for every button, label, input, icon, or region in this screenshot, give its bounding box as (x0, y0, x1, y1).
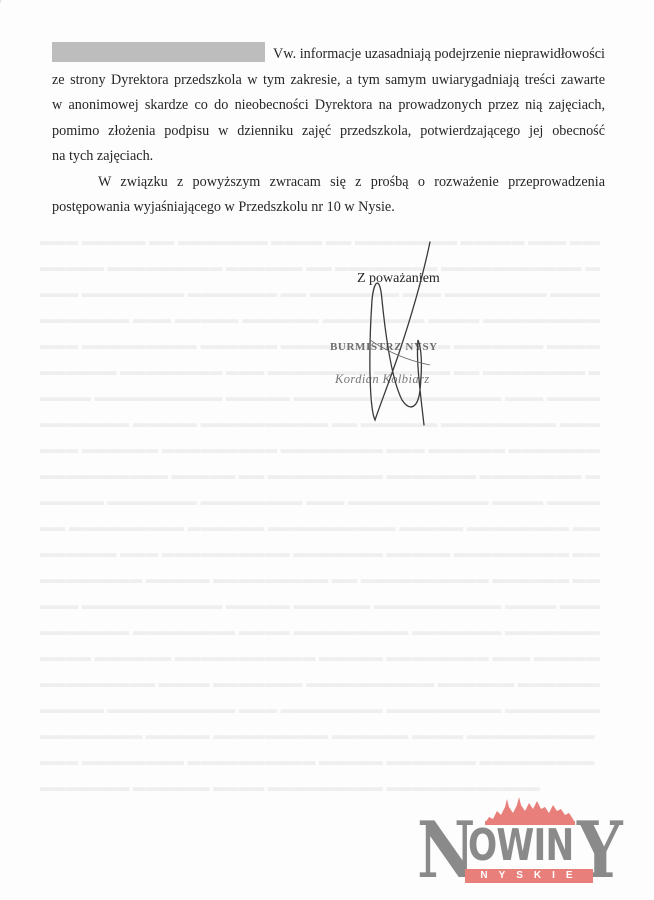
text-line: postępowania wyjaśniającego w Przedszkol… (52, 195, 605, 221)
text-line: w anonimowej skardze co do nieobecności … (52, 93, 605, 119)
reverse-side-bleed-through: ▬▬▬ ▬▬▬▬▬ ▬▬ ▬▬▬▬▬▬▬ ▬▬▬▬ ▬▬ ▬▬▬▬▬▬▬▬ ▬▬… (40, 228, 600, 800)
scanned-letter-page: ▬▬▬ ▬▬▬▬▬ ▬▬ ▬▬▬▬▬▬▬ ▬▬▬▬ ▬▬ ▬▬▬▬▬▬▬▬ ▬▬… (0, 0, 654, 900)
signature-icon (330, 240, 460, 430)
logo-letters-owin: OWIN (468, 824, 573, 868)
paragraph-1: Vw. informacje uzasadniają podejrzenie n… (52, 42, 605, 170)
logo-subtitle-bar: NYSKIE (465, 869, 593, 883)
paragraph-2: W związku z powyższym zwracam się z proś… (52, 170, 605, 221)
letter-body: Vw. informacje uzasadniają podejrzenie n… (52, 42, 605, 221)
text-line: na tych zajęciach. (52, 144, 605, 170)
text-line: W związku z powyższym zwracam się z proś… (52, 170, 605, 196)
text-line: Vw. informacje uzasadniają podejrzenie n… (52, 42, 605, 68)
text-line-content: Vw. informacje uzasadniają podejrzenie n… (273, 46, 605, 62)
scan-edge-line (0, 0, 3, 35)
nowiny-nyskie-logo: N OWIN Y NYSKIE (415, 795, 630, 895)
redaction-box (52, 42, 265, 62)
text-line: pomimo złożenia podpisu w dzienniku zaję… (52, 119, 605, 145)
text-line: ze strony Dyrektora przedszkola w tym za… (52, 68, 605, 94)
logo-wordmark: N OWIN Y NYSKIE (415, 817, 630, 885)
